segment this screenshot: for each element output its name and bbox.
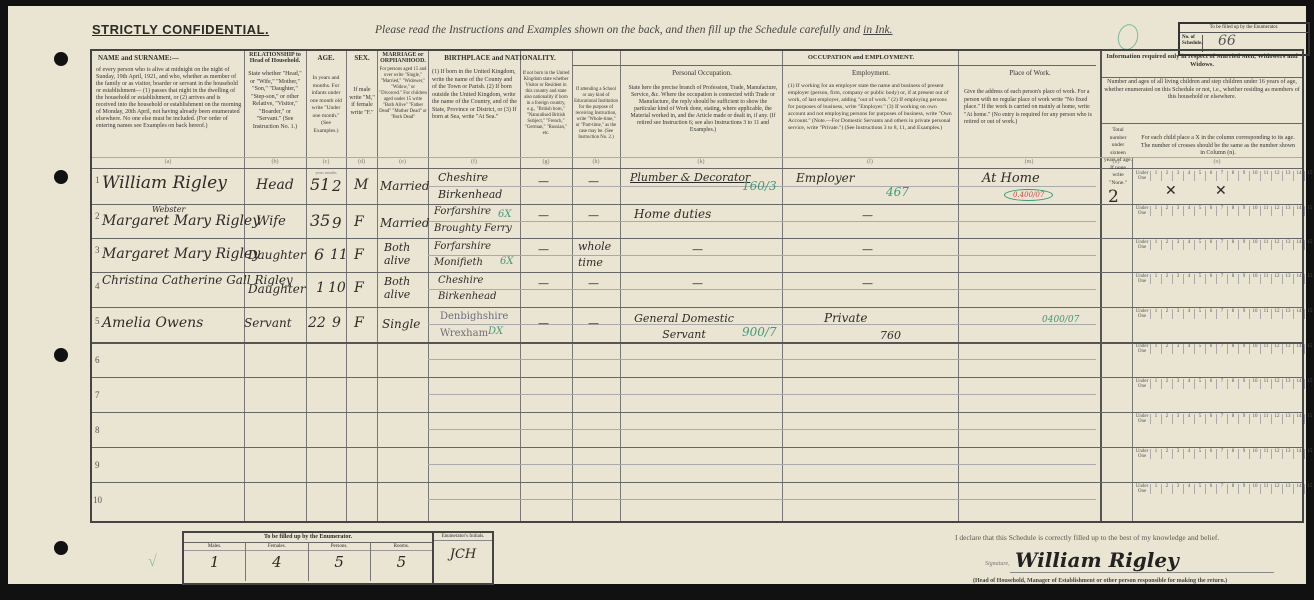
person-name: Margaret Mary Rigley <box>102 213 260 229</box>
occupation: General Domestic Servant <box>624 311 744 343</box>
relationship: Wife <box>256 214 286 229</box>
signature: William Rigley <box>1015 548 1179 572</box>
relationship-instructions: State whether "Head," or "Wife," "Mother… <box>246 71 304 131</box>
punch-hole <box>54 541 68 555</box>
place-of-work-instructions: Give the address of each person's place … <box>964 89 1096 127</box>
sex: F <box>354 280 364 296</box>
row-number: 7 <box>95 390 100 400</box>
punch-hole <box>54 348 68 362</box>
employment: Employer <box>796 171 855 185</box>
marriage-status: Single <box>382 317 420 331</box>
green-check-mark: √ <box>148 553 157 571</box>
col-header-sex: SEX. <box>348 54 376 62</box>
employment-code: 760 <box>880 329 901 342</box>
row-number: 9 <box>95 460 100 470</box>
name-instructions: of every person who is alive at midnight… <box>96 67 242 130</box>
birth-town: Birkenhead <box>438 188 502 201</box>
enumerator-initials-box: Enumerator's Initials. JCH <box>432 531 494 585</box>
nationality: — <box>538 317 549 330</box>
total-children-instructions: Total number under sixteen years of age.… <box>1104 127 1132 187</box>
enumerator-totals-box: To be filled up by the Enumerator. Males… <box>182 531 434 585</box>
age-instructions: In years and months. For infants under o… <box>308 75 344 135</box>
sex: M <box>354 177 368 193</box>
child-ages-instructions: For each child place a X in the column c… <box>1138 135 1298 158</box>
census-table: NAME and SURNAME:— RELATIONSHIP to Head … <box>90 49 1304 523</box>
declaration-text: I declare that this Schedule is correctl… <box>955 533 1219 542</box>
occupation-code: 900/7 <box>742 325 777 339</box>
birth-town: Birkenhead <box>438 291 496 302</box>
age-months: 10 <box>328 280 346 296</box>
marriage-status: Married <box>380 179 430 193</box>
marriage-status: Both alive <box>384 241 420 267</box>
birth-county: Forfarshire <box>434 206 491 217</box>
persons-cell: Persons.5 <box>309 543 371 581</box>
education: whole time <box>578 239 618 271</box>
employment: Private <box>824 311 868 325</box>
occupation: — <box>692 243 703 256</box>
education: — <box>588 277 599 290</box>
occupation: Home duties <box>634 207 711 221</box>
page-title: STRICTLY CONFIDENTIAL. <box>92 22 269 37</box>
schedule-number: 66 <box>1218 33 1236 49</box>
total-children: 2 <box>1108 187 1119 207</box>
age-months: 11 <box>330 247 348 263</box>
birth-county: Denbighshire <box>440 311 508 322</box>
age-years: 51 <box>310 175 330 194</box>
row-number: 8 <box>95 425 100 435</box>
age-years: 35 <box>310 211 330 230</box>
education: — <box>588 209 599 222</box>
occupation-code: 160/3 <box>742 179 777 193</box>
birth-county: Forfarshire <box>434 241 491 252</box>
occupation: — <box>692 277 703 290</box>
signature-label: Signature, <box>985 561 1010 567</box>
sex: F <box>354 247 364 263</box>
birth-county: Cheshire <box>438 275 483 286</box>
row-number: 5 <box>95 316 100 326</box>
age-years: 22 <box>308 315 326 331</box>
age-months: 9 <box>332 315 341 331</box>
sex: F <box>354 214 364 230</box>
col-header-birthplace: BIRTHPLACE and NATIONALITY. <box>430 54 570 62</box>
row-number: 1 <box>95 175 100 185</box>
marriage-status: Both alive <box>384 275 420 301</box>
person-name: Amelia Owens <box>102 315 203 331</box>
child-cross-age-2: ✕ <box>1165 183 1177 199</box>
birth-town: Broughty Ferry <box>434 223 512 234</box>
birth-code: DX <box>488 326 503 337</box>
place-code: 0.400/07 <box>1004 189 1053 201</box>
row-number: 4 <box>95 281 100 291</box>
row-number: 3 <box>95 245 100 255</box>
col-header-marriage: MARRIAGE or ORPHANHOOD. <box>379 52 427 64</box>
col-header-employment: Employment. <box>784 69 958 77</box>
employment: — <box>862 243 873 256</box>
nationality: — <box>538 277 549 290</box>
nationality: — <box>538 243 549 256</box>
education: — <box>588 317 599 330</box>
sex-instructions: If male write "M," if female write "F." <box>348 87 376 117</box>
females-cell: Females.4 <box>246 543 308 581</box>
col-header-relationship: RELATIONSHIP to Head of Household. <box>246 52 304 64</box>
birth-town: Wrexham <box>440 328 488 339</box>
nationality-instructions: If not born in the United Kingdom state … <box>522 71 570 137</box>
signature-line <box>1010 572 1274 573</box>
row-number: 10 <box>93 495 102 505</box>
birth-town: Monifieth <box>434 257 483 268</box>
employment-instructions: (1) If working for an employer state the… <box>788 83 954 132</box>
education: — <box>588 175 599 188</box>
age-years: 6 <box>314 245 324 264</box>
punch-hole <box>54 52 68 66</box>
place-code: 0400/07 <box>1042 315 1079 325</box>
relationship: Daughter <box>248 282 306 296</box>
place-of-work: At Home <box>982 171 1040 186</box>
row-number: 2 <box>95 211 100 221</box>
sex: F <box>354 315 364 331</box>
instructions-line: Please read the Instructions and Example… <box>375 24 893 36</box>
nationality: — <box>538 175 549 188</box>
col-header-age: AGE. <box>308 54 344 62</box>
col-header-personal-occupation: Personal Occupation. <box>622 69 782 77</box>
marriage-status: Married <box>380 216 430 230</box>
rooms-cell: Rooms.5 <box>371 543 432 581</box>
occupation-instructions: State here the precise branch of Profess… <box>628 85 778 134</box>
col-header-place-of-work: Place of Work. <box>960 69 1100 77</box>
person-name: Margaret Mary Rigley <box>102 246 260 262</box>
employment: — <box>862 209 873 222</box>
age-years: 1 <box>316 280 325 296</box>
birth-code: 6X <box>500 256 513 267</box>
occupation: Plumber & Decorator <box>630 171 750 184</box>
col-header-name: NAME and SURNAME:— <box>98 54 238 62</box>
birthplace-instructions: (1) If born in the United Kingdom, write… <box>432 69 518 122</box>
relationship: Daughter <box>248 248 306 262</box>
birth-code: 6X <box>498 209 511 220</box>
employment: — <box>862 277 873 290</box>
col-header-children-info: Information required only in respect of … <box>1104 53 1300 68</box>
age-scale: Under One123456789101112131415 <box>1134 171 1314 181</box>
row-number: 6 <box>95 355 100 365</box>
nationality: — <box>538 209 549 222</box>
marriage-instructions: For persons aged 15 and over write "Sing… <box>379 67 427 121</box>
age-months: 9 <box>332 214 342 232</box>
education-instructions: If attending a School or any kind of Edu… <box>574 87 618 141</box>
relationship: Servant <box>244 316 292 330</box>
punch-hole <box>54 170 68 184</box>
relationship: Head <box>256 177 294 193</box>
person-name: William Rigley <box>102 173 227 193</box>
males-cell: Males.1 <box>184 543 246 581</box>
child-cross-age-7: ✕ <box>1215 183 1227 199</box>
employment-code: 467 <box>886 185 909 199</box>
children-instructions: Number and ages of all living children a… <box>1104 79 1300 102</box>
age-months: 2 <box>332 177 342 195</box>
col-header-occupation-group: OCCUPATION and EMPLOYMENT. <box>622 54 1100 61</box>
birth-county: Cheshire <box>438 171 488 184</box>
signature-caption: (Head of Household, Manager of Establish… <box>973 578 1227 584</box>
